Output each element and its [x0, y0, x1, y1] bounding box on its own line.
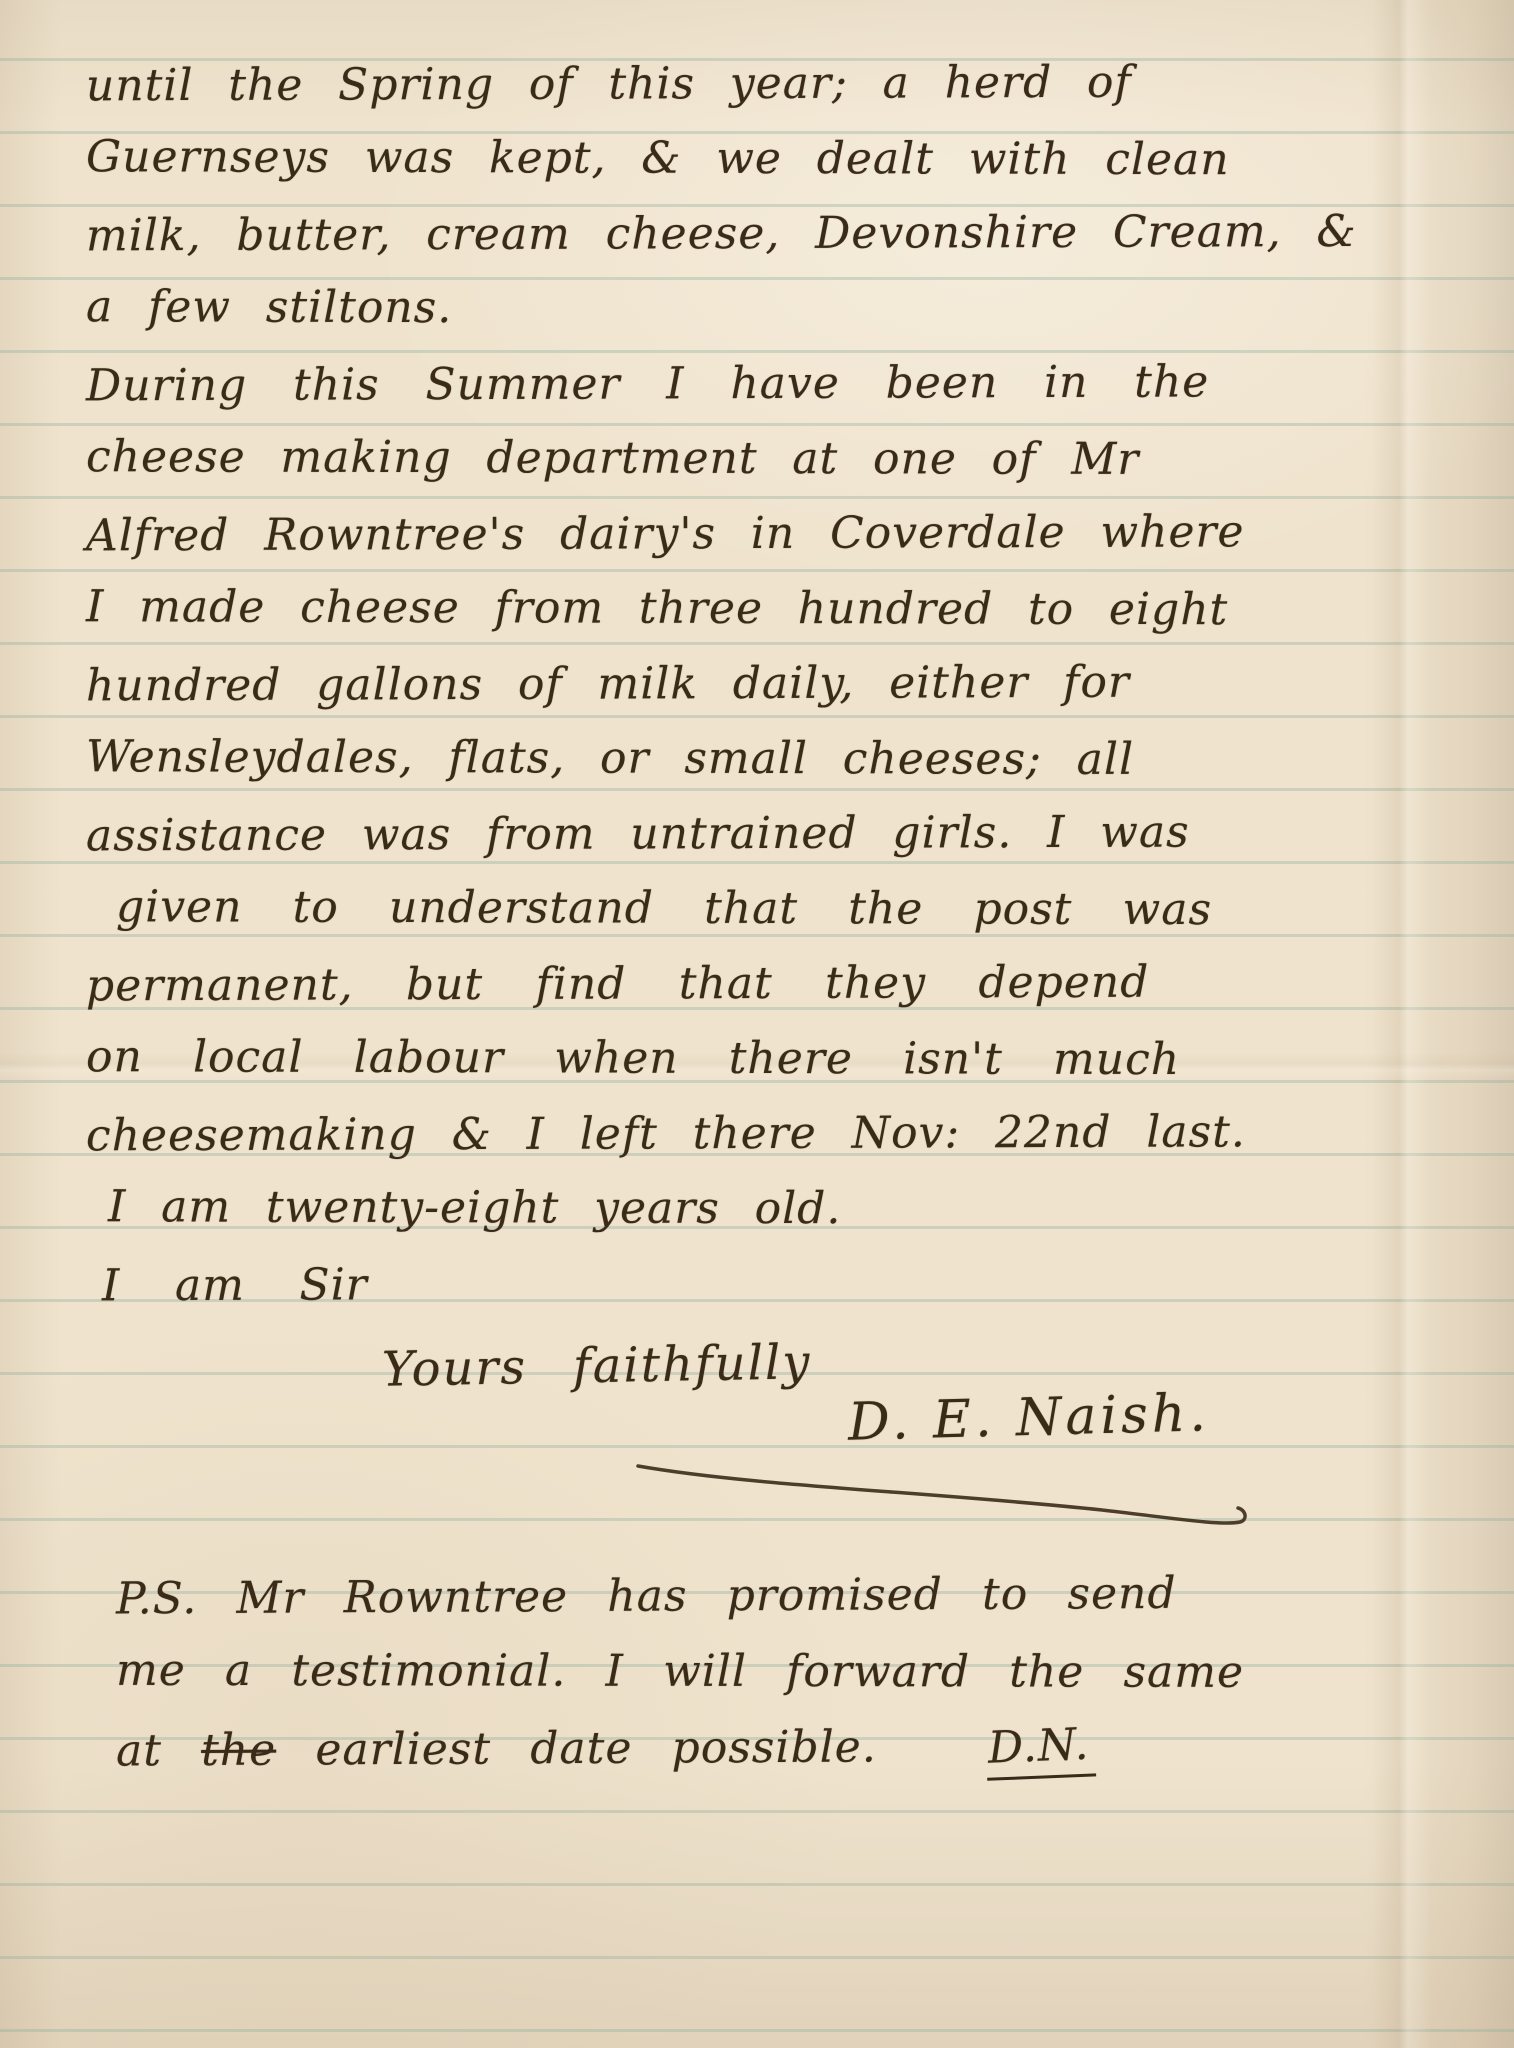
body-line: Alfred Rowntree's dairy's in Coverdale w…: [86, 494, 1444, 574]
letter-page: until the Spring of this year; a herd of…: [0, 0, 1514, 2048]
body-line: milk, butter, cream cheese, Devonshire C…: [86, 194, 1444, 274]
body-line: I made cheese from three hundred to eigh…: [86, 569, 1444, 648]
body-line: During this Summer I have been in the: [86, 344, 1444, 424]
signature: D. E. Naish.: [847, 1383, 1210, 1452]
ps-line: me a testimonial. I will forward the sam…: [116, 1633, 1434, 1711]
body-line: on local labour when there isn't much: [86, 1019, 1444, 1098]
body-line: Guernseys was kept, & we dealt with clea…: [86, 119, 1444, 198]
signature-flourish: [632, 1452, 1262, 1542]
ps-text: earliest date possible.: [315, 1721, 877, 1775]
body-line: hundred gallons of milk daily, either fo…: [86, 644, 1444, 724]
ps-struck-word: the: [201, 1725, 276, 1776]
body-line: given to understand that the post was: [86, 869, 1444, 948]
ps-initials: D.N.: [985, 1715, 1097, 1780]
valediction: Yours faithfully: [382, 1334, 812, 1397]
body-line: I am Sir: [86, 1244, 1444, 1324]
body-line: assistance was from untrained girls. I w…: [86, 794, 1444, 874]
body-line: cheesemaking & I left there Nov: 22nd la…: [86, 1094, 1444, 1174]
body-line: a few stiltons.: [86, 269, 1444, 348]
ps-line: at the earliest date possible. D.N.: [116, 1707, 1434, 1790]
body-line: permanent, but find that they depend: [86, 944, 1444, 1024]
postscript: P.S. Mr Rowntree has promised to send me…: [116, 1558, 1434, 1786]
body-line: until the Spring of this year; a herd of: [86, 44, 1444, 124]
body-line: I am twenty-eight years old.: [86, 1169, 1444, 1248]
body-line: Wensleydales, flats, or small cheeses; a…: [86, 719, 1444, 798]
ps-text: at: [116, 1725, 162, 1776]
ps-line: P.S. Mr Rowntree has promised to send: [116, 1555, 1434, 1638]
body-line: cheese making department at one of Mr: [86, 419, 1444, 498]
letter-body: until the Spring of this year; a herd of…: [86, 46, 1444, 1321]
